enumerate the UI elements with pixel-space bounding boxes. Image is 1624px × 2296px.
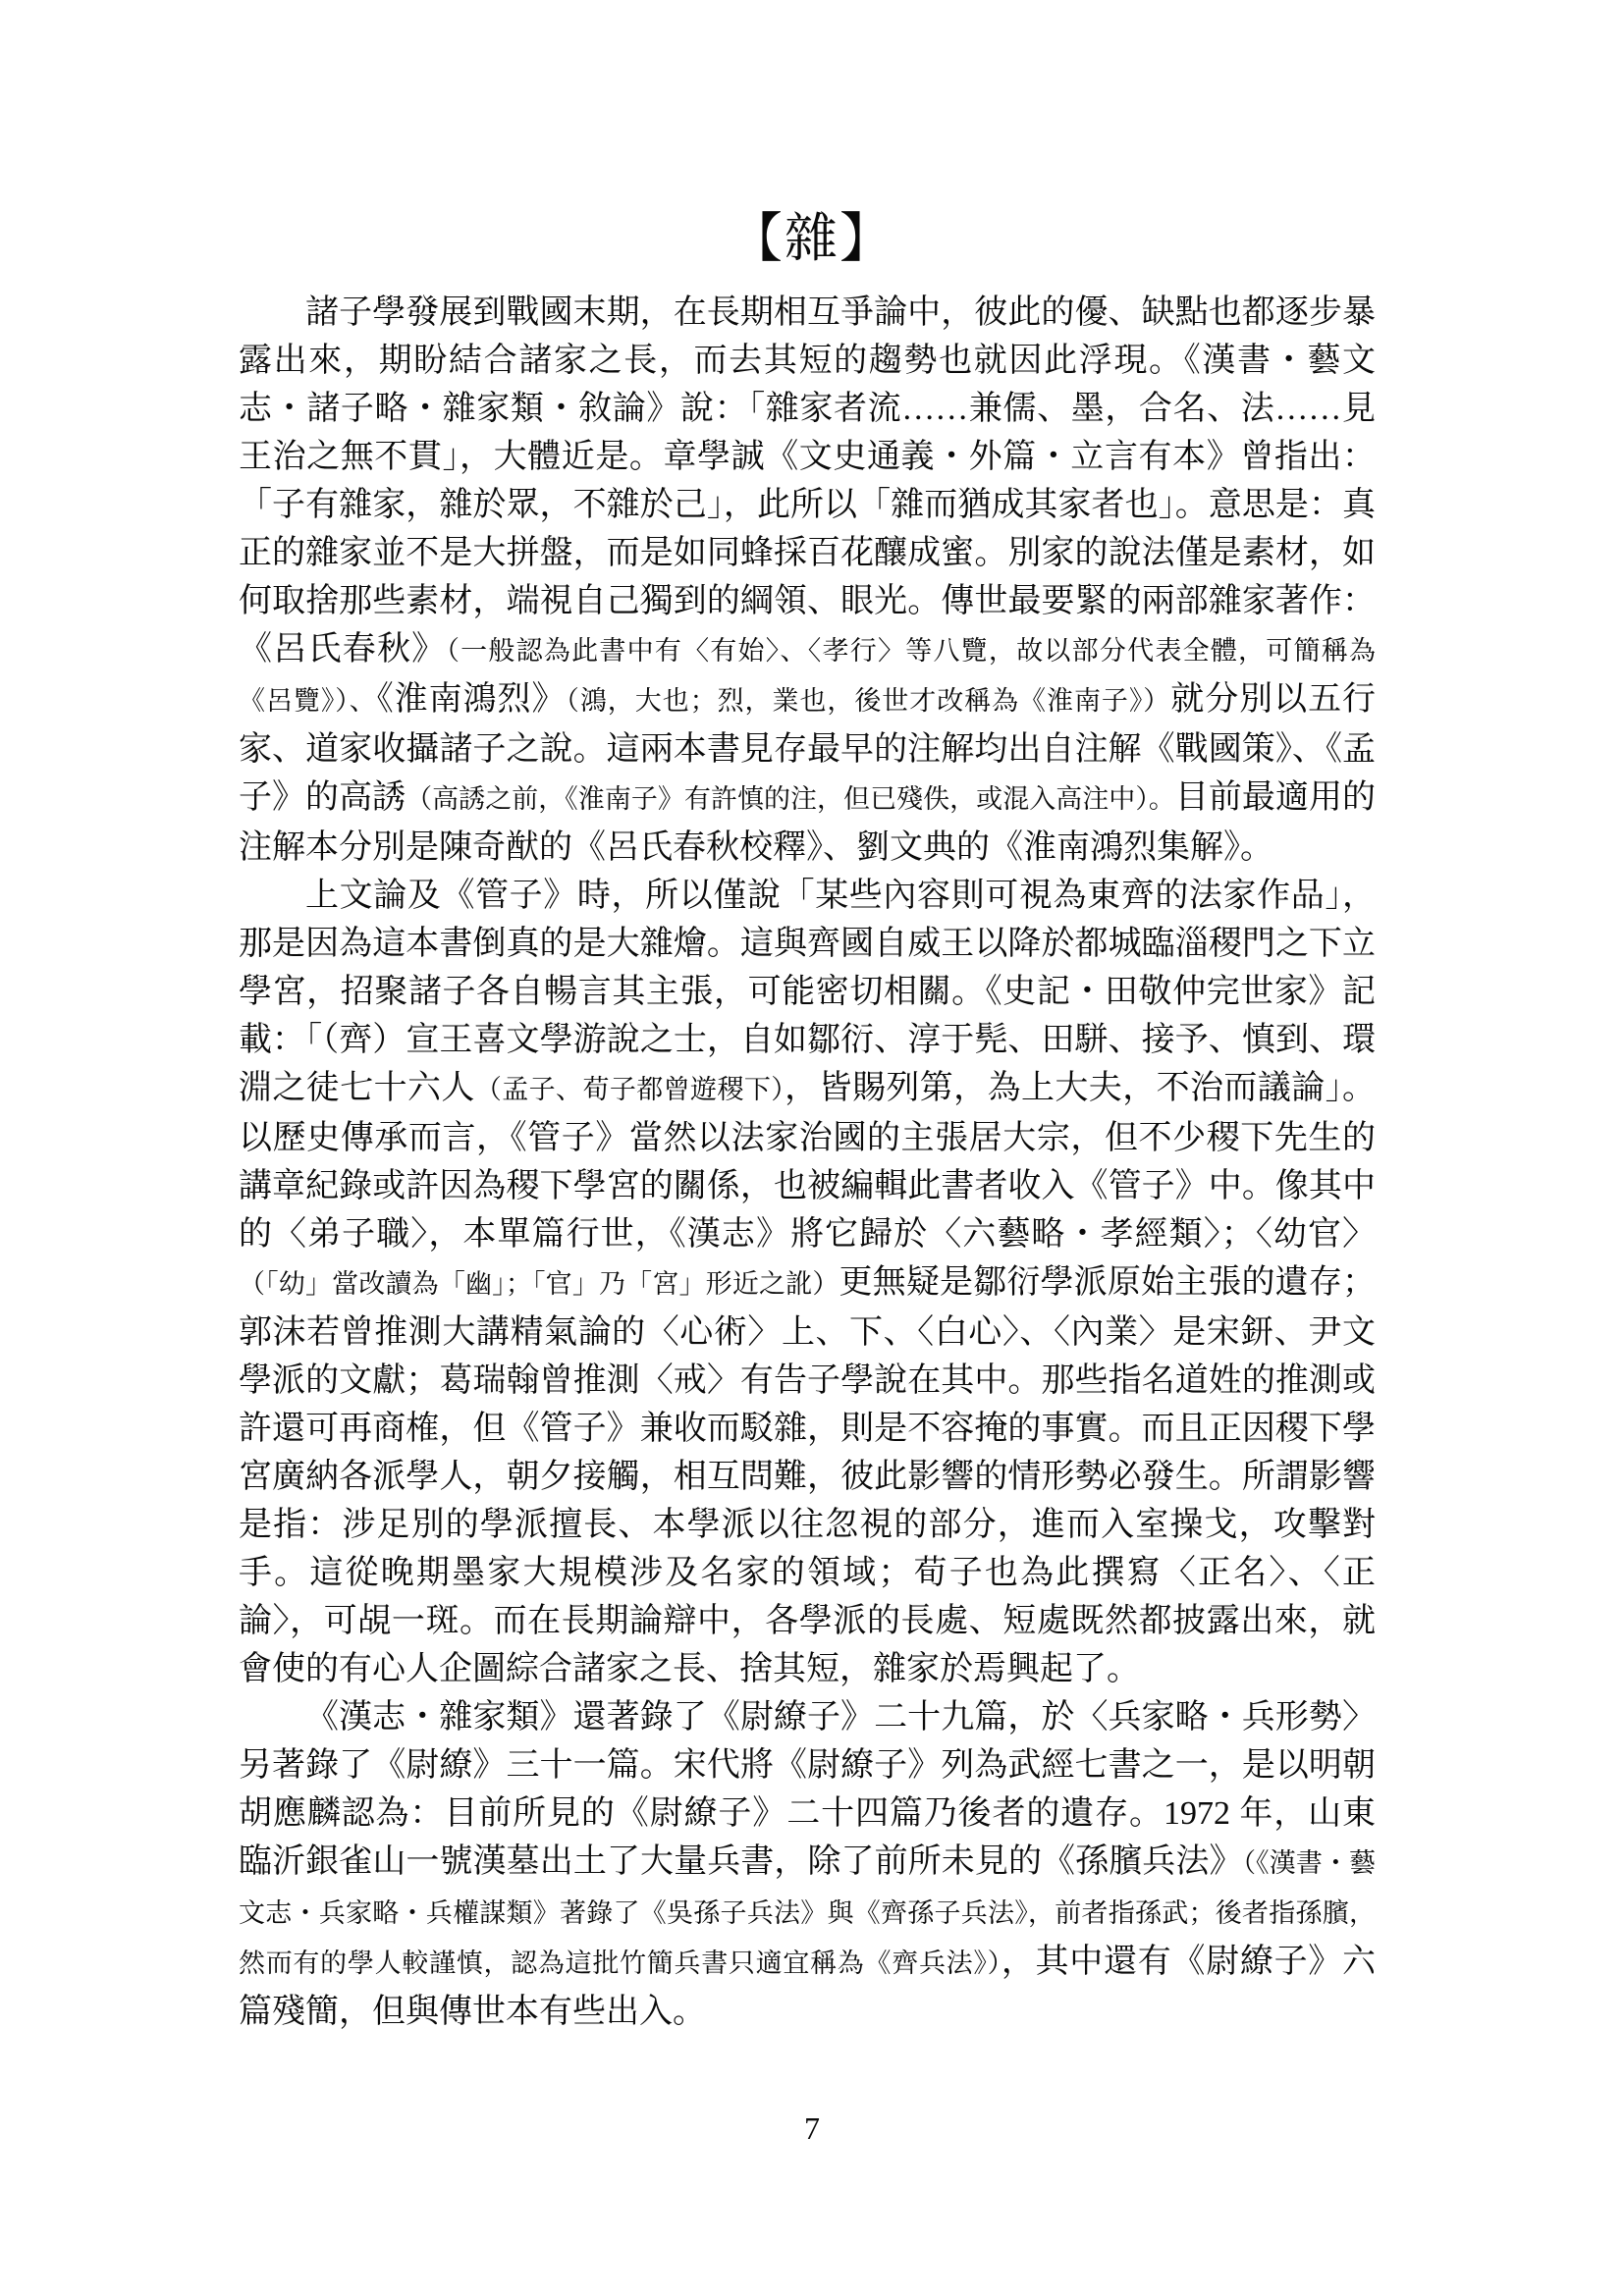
section-title: 【雜】 <box>0 196 1624 272</box>
text-run-note: （孟子、荀子都曾遊稷下） <box>475 1075 785 1104</box>
paragraph-2: 上文論及《管子》時，所以僅說「某些內容則可視為東齊的法家作品」，那是因為這本書倒… <box>239 872 1376 1693</box>
document-body: 諸子學發展到戰國末期，在長期相互爭論中，彼此的優、缺點也都逐步暴露出來，期盼結合… <box>239 289 1376 2036</box>
text-run: 《淮南鴻烈》 <box>377 681 567 718</box>
text-run: 諸子學發展到戰國末期，在長期相互爭論中，彼此的優、缺點也都逐步暴露出來，期盼結合… <box>239 294 1376 667</box>
text-run: 更無疑是鄒衍學派原始主張的遺存；郭沫若曾推測大講精氣論的〈心術〉上、下、〈白心〉… <box>239 1264 1376 1687</box>
text-run-note: （高誘之前，《淮南子》有許慎的注，但已殘佚，或混入高注中）。 <box>406 784 1175 814</box>
text-run: 《漢志・雜家類》還著錄了《尉繚子》二十九篇，於〈兵家略・兵形勢〉另著錄了《尉繚》… <box>239 1699 1376 1880</box>
text-run-note: （鴻，大也；烈，業也，後世才改稱為《淮南子》） <box>566 686 1170 716</box>
paragraph-1: 諸子學發展到戰國末期，在長期相互爭論中，彼此的優、缺點也都逐步暴露出來，期盼結合… <box>239 289 1376 872</box>
text-run-note: （「幼」當改讀為「幽」；「官」乃「宮」形近之訛） <box>239 1269 839 1299</box>
document-page: 【雜】 諸子學發展到戰國末期，在長期相互爭論中，彼此的優、缺點也都逐步暴露出來，… <box>0 0 1624 2296</box>
page-number: 7 <box>0 2110 1624 2147</box>
paragraph-3: 《漢志・雜家類》還著錄了《尉繚子》二十九篇，於〈兵家略・兵形勢〉另著錄了《尉繚》… <box>239 1693 1376 2036</box>
